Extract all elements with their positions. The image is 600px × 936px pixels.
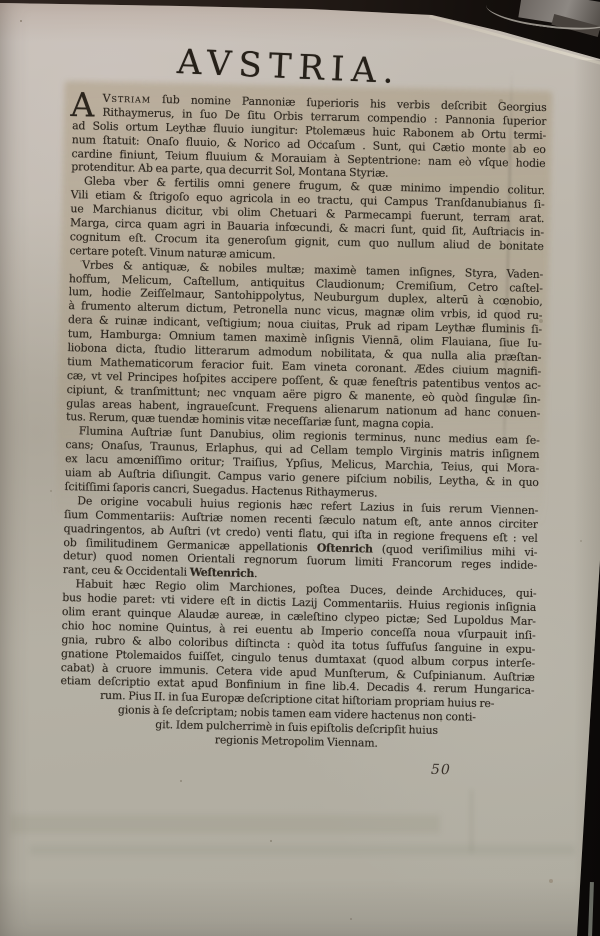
fraktur-word: Oſtenrich xyxy=(317,541,373,555)
photo-backdrop: AVSTRIA. A Vstriam ſub nomine Pannoniæ ſ… xyxy=(0,0,600,936)
ghost-showthrough-1 xyxy=(10,815,440,833)
ghost-showthrough-2 xyxy=(30,845,575,855)
paragraph-5: De origine vocabuli huius regionis hæc r… xyxy=(63,494,539,587)
small-caps-lead: Vstriam xyxy=(103,92,151,106)
paper-speckles xyxy=(20,20,22,22)
paragraph-3: Vrbes & antiquæ, & nobiles multæ; maximè… xyxy=(66,258,543,435)
page-number: 50 xyxy=(431,762,451,778)
paragraph-2: Gleba vber & fertilis omni genere frugum… xyxy=(69,174,545,267)
book-page: AVSTRIA. A Vstriam ſub nomine Pannoniæ ſ… xyxy=(0,0,600,936)
paragraph-4: Flumina Auſtriæ ſunt Danubius, olim regi… xyxy=(64,424,539,503)
corner-sliver xyxy=(588,882,594,936)
drop-cap: A xyxy=(70,91,94,119)
paragraph-1: A Vstriam ſub nomine Pannoniæ ſuperioris… xyxy=(71,91,547,184)
ghost-showthrough-3 xyxy=(470,790,473,852)
fraktur-word: Weſtenrich xyxy=(190,566,255,580)
paragraph-6: Habuit hæc Regio olim Marchiones, poſtea… xyxy=(59,577,536,754)
bottom-edge-shade xyxy=(0,878,600,936)
text-block: A Vstriam ſub nomine Pannoniæ ſuperioris… xyxy=(59,91,547,754)
text-segment: . xyxy=(254,567,258,580)
right-edge-shade xyxy=(574,60,600,900)
